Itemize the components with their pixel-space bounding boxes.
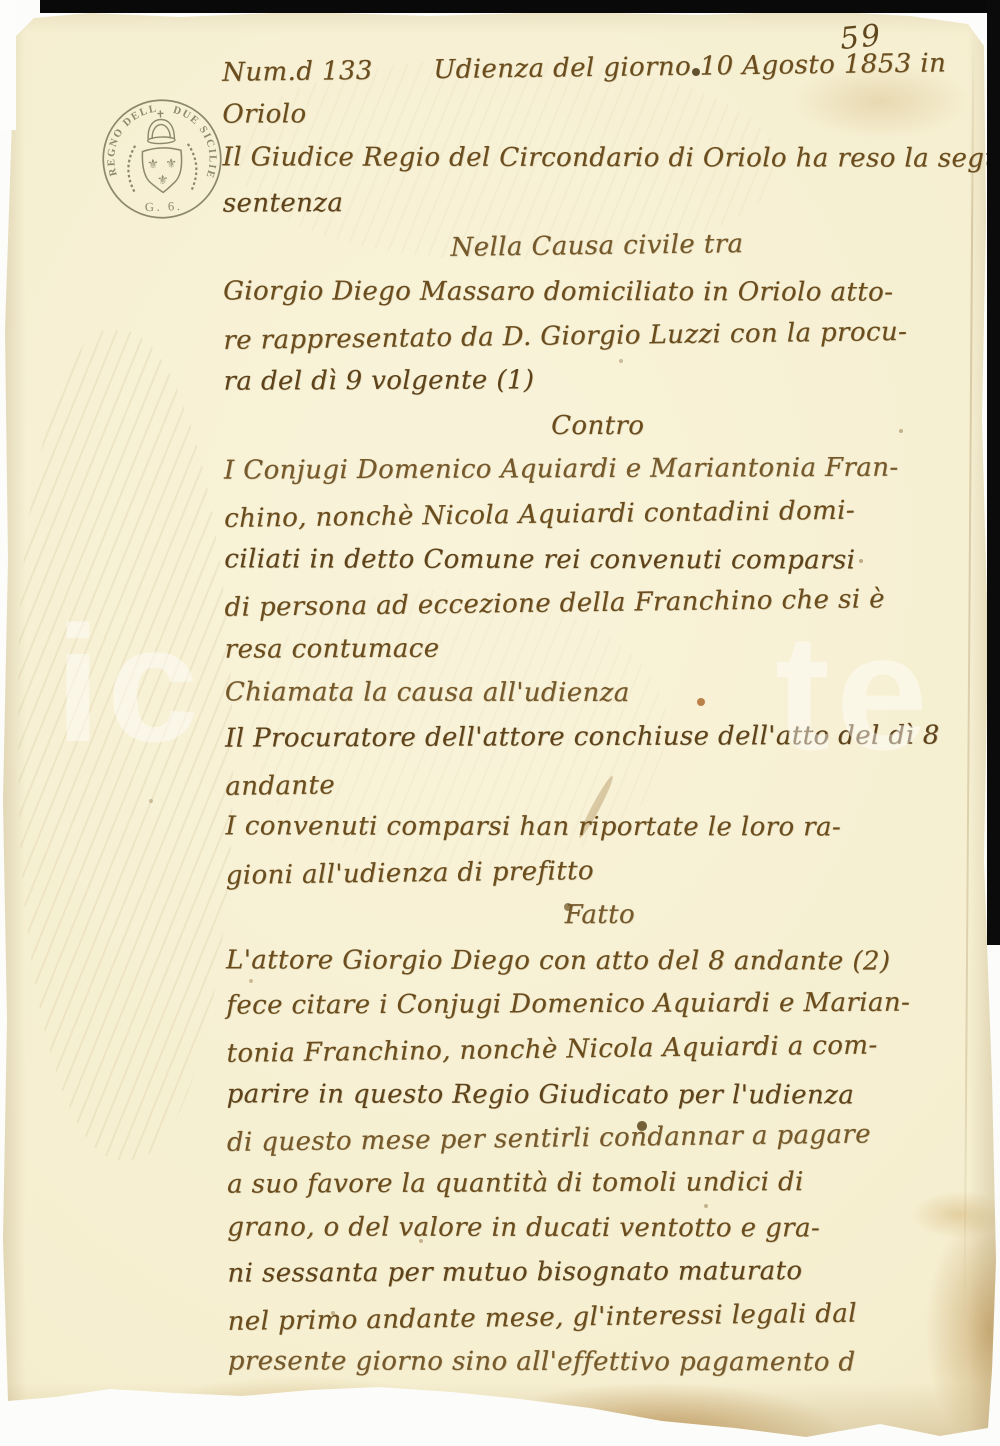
manuscript-line: di questo mese per sentirli condannar a … bbox=[227, 1111, 976, 1165]
manuscript-line: parire in questo Regio Giudicato per l'u… bbox=[227, 1072, 975, 1118]
manuscript-line: grano, o del valore in ducati ventotto e… bbox=[227, 1206, 975, 1252]
svg-text:DUE SICILIE: DUE SICILIE bbox=[171, 103, 218, 181]
scanned-manuscript: 59 REGNO DELLE DUE SICILIE ⚜ ⚜ ⚜ G. 6 bbox=[0, 0, 1000, 1446]
manuscript-line: L'attore Giorgio Diego con atto del 8 an… bbox=[226, 938, 974, 984]
manuscript-line: tonia Franchino, nonchè Nicola Aquiardi … bbox=[226, 1022, 975, 1076]
fleur-de-lis-icon: ⚜ bbox=[147, 157, 159, 172]
manuscript-line: I convenuti comparsi han riportate le lo… bbox=[225, 804, 973, 850]
manuscript-line: fece citare i Conjugi Domenico Aquiardi … bbox=[226, 981, 974, 1029]
watermark-text: ic bbox=[55, 590, 205, 779]
stamp-denomination: G. 6. bbox=[145, 199, 183, 214]
manuscript-line: Contro bbox=[224, 403, 972, 449]
manuscript-line: ni sessanta per mutuo bisognato maturato bbox=[227, 1248, 975, 1296]
manuscript-line: I Conjugi Domenico Aquiardi e Mariantoni… bbox=[224, 446, 972, 494]
manuscript-line: Oriolo bbox=[222, 89, 970, 137]
revenue-stamp: REGNO DELLE DUE SICILIE ⚜ ⚜ ⚜ G. 6. bbox=[95, 80, 228, 238]
manuscript-line: re rappresentato da D. Giorgio Luzzi con… bbox=[223, 309, 972, 363]
scanner-edge-top bbox=[40, 0, 1000, 13]
manuscript-line: gioni all'udienza di prefitto bbox=[225, 844, 974, 898]
stamp-text-right: DUE SICILIE bbox=[171, 103, 218, 181]
fleur-de-lis-icon: ⚜ bbox=[165, 157, 177, 172]
manuscript-line: Il Giudice Regio del Circondario di Orio… bbox=[223, 136, 971, 182]
manuscript-line: Fatto bbox=[226, 892, 974, 940]
fleur-de-lis-icon: ⚜ bbox=[157, 173, 169, 188]
scanner-edge-right bbox=[987, 0, 1000, 945]
manuscript-line: Giorgio Diego Massaro domiciliato in Ori… bbox=[223, 269, 971, 315]
manuscript-line: nel primo andante mese, gl'interessi leg… bbox=[227, 1290, 976, 1344]
scanner-bed bbox=[0, 0, 16, 130]
manuscript-line: sentenza bbox=[223, 178, 971, 226]
manuscript-line: ciliati in detto Comune rei convenuti co… bbox=[224, 537, 972, 583]
watermark-text: te bbox=[775, 598, 934, 787]
manuscript-line: Nella Causa civile tra bbox=[223, 219, 972, 273]
manuscript-line: chino, nonchè Nicola Aquiardi contadini … bbox=[224, 487, 973, 541]
manuscript-line: ra del dì 9 volgente (1) bbox=[223, 357, 971, 405]
manuscript-line: presente giorno sino all'effettivo pagam… bbox=[228, 1340, 976, 1386]
manuscript-line: a suo favore la quantità di tomoli undic… bbox=[227, 1159, 975, 1207]
manuscript-line: Num.d 133 Udienza del giorno 10 Agosto 1… bbox=[222, 41, 971, 95]
